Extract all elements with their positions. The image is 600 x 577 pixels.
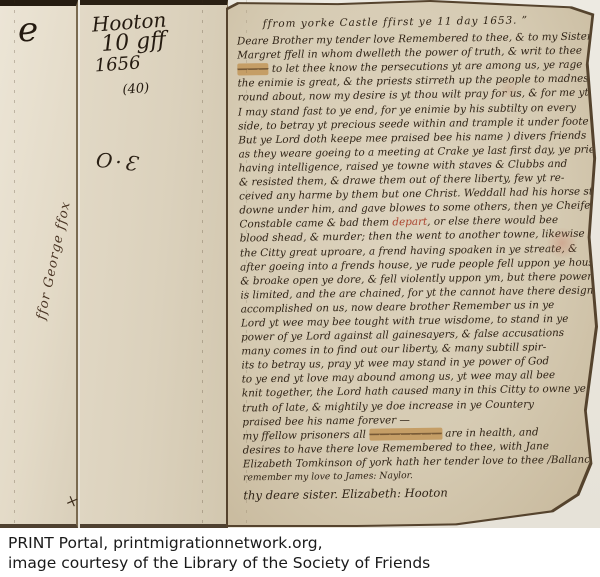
fold-crease-line [246,0,247,528]
caption-line-2: image courtesy of the Library of the Soc… [8,553,600,573]
letter-page: ffrom yorke Castle ffirst ye 11 day 1653… [228,2,595,525]
manuscript-line: ffrom yorke Castle ffirst ye 11 day 1653… [263,13,589,32]
fold-crease-line [14,0,15,528]
caption-line-1: PRINT Portal, printmigrationnetwork.org, [8,533,600,553]
fold-crease-line [202,0,203,528]
letter-body-text: ffrom yorke Castle ffirst ye 11 day 1653… [237,13,596,503]
archival-endorsement: Hooton 10 gff 1656 (40) [91,8,171,100]
manuscript-photo: ffrom yorke Castle ffirst ye 11 day 1653… [0,0,600,528]
screenshot-root: ffrom yorke Castle ffirst ye 11 day 1653… [0,0,600,577]
letter-page-edge: ffrom yorke Castle ffirst ye 11 day 1653… [226,0,598,527]
caption-bar: PRINT Portal, printmigrationnetwork.org,… [0,528,600,577]
initials-mark: O·Ɛ [95,148,141,176]
corner-letter-mark: e [18,10,38,50]
endorsement-year: 1656 [94,50,170,76]
left-fold-strip [0,0,78,528]
manuscript-line: thy deare sister. Elizabeth: Hooton [243,484,595,503]
